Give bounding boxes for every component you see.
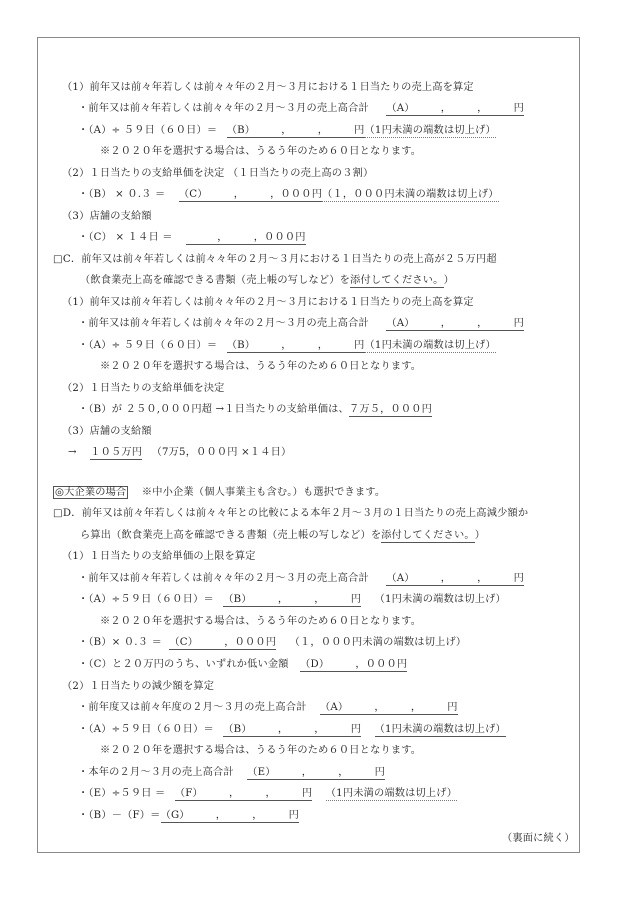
- row-label: ・（B）が ２５０,０００円超 →１日当たりの支給単価は、: [78, 404, 349, 415]
- large-company-row: ◎大企業の場合 ※中小企業（個人事業主も含む。）も選択できます。: [53, 486, 385, 500]
- row-label: ・前年度又は前々年度の２月～３月の売上高合計: [78, 702, 307, 713]
- section-title: （1）１日当たりの支給単価の上限を算定: [62, 550, 256, 564]
- sales-total-a-field[interactable]: （A） ， ， 円: [320, 701, 458, 715]
- unit-price-c-field[interactable]: （C） ， ，０００円: [179, 188, 322, 202]
- daily-sales-b-field[interactable]: （B） ， ， 円: [227, 124, 365, 138]
- row-label: ・（C）と２０万円のうち、いずれか低い金額: [78, 659, 289, 670]
- min-amount-d-field[interactable]: （D） ，０００円: [300, 658, 407, 672]
- row-label: ・（B）× ０.３ ＝: [78, 637, 162, 648]
- daily-sales-row: ・（A）÷５９日（６０日）＝ （B） ， ， 円 （1円未満の端数は切上げ）: [78, 593, 506, 607]
- section-title: （1）前年又は前々年若しくは前々々年の２月～３月における１日当たりの売上高を算定: [62, 296, 474, 310]
- row-label: ・前年又は前々年若しくは前々々年の２月～３月の売上高合計: [78, 318, 369, 329]
- leap-year-note: ※２０２０年を選択する場合は、うるう年のため６０日となります。: [100, 744, 421, 758]
- daily-sales-f-field[interactable]: （F） ， ， 円: [175, 787, 312, 801]
- store-payment-amount: １０５万円: [90, 446, 142, 460]
- decrease-g-field[interactable]: （G） ， ， 円: [161, 809, 299, 823]
- option-c-heading[interactable]: □C．前年又は前々年若しくは前々々年の２月～３月における１日当たりの売上高が２５…: [53, 253, 497, 267]
- row-label: ・前年又は前々年若しくは前々々年の２月～３月の売上高合計: [78, 103, 369, 114]
- row-label: ・（B） × ０.３ ＝: [78, 189, 165, 200]
- unit-price-row: ・（B） × ０.３ ＝ （C） ， ，０００円（１，０００円未満の端数は切上げ…: [78, 188, 499, 202]
- daily-sales-row: ・（A）÷５９日（６０日）＝ （B） ， ， 円 （1円未満の端数は切上げ）: [78, 723, 506, 737]
- daily-sales-b-field[interactable]: （B） ， ， 円: [223, 593, 361, 607]
- row-label: ・（A）÷５９日（６０日）＝: [78, 724, 214, 735]
- store-payment-row: → １０５万円 （7万5，０００円 ×１４日）: [68, 446, 291, 460]
- rounding-note: （1円未満の端数は切上げ）: [365, 124, 496, 138]
- row-label: ・本年の２月～３月の売上高合計: [78, 767, 234, 778]
- sales-total-row: ・前年又は前々年若しくは前々々年の２月～３月の売上高合計 （A） ， ， 円: [78, 102, 524, 116]
- unit-price-row: ・（B）が ２５０,０００円超 →１日当たりの支給単価は、７万５，０００円: [78, 403, 432, 417]
- row-label: ・（A）÷ ５９日（６０日）＝: [78, 340, 217, 351]
- option-c-checkbox-label: □C．前年又は前々年若しくは前々々年の２月～３月における１日当たりの売上高が２５…: [53, 254, 497, 265]
- attach-emphasis: 添付してください。: [350, 274, 444, 288]
- rounding-note: （1円未満の端数は切上げ）: [375, 723, 506, 737]
- sales-total-a-field[interactable]: （A） ， ， 円: [386, 102, 524, 116]
- section-title: （2）１日当たりの減少額を算定: [62, 680, 214, 694]
- large-company-label: ◎大企業の場合: [53, 486, 128, 499]
- sales-total-row: ・前年又は前々年若しくは前々々年の２月～３月の売上高合計 （A） ， ， 円: [78, 572, 524, 586]
- option-d-checkbox-label: □D．前年又は前々年若しくは前々々年との比較による本年２月～３月の１日当たりの売…: [53, 508, 528, 519]
- row-label: ・（A）÷ ５９日（６０日）＝: [78, 125, 217, 136]
- unit-price-row: ・（B）× ０.３ ＝ （C） ，０００円 （１，０００円未満の端数は切上げ）: [78, 636, 466, 650]
- rounding-note: （１，０００円未満の端数は切上げ）: [322, 188, 499, 202]
- leap-year-note: ※２０２０年を選択する場合は、うるう年のため６０日となります。: [100, 360, 421, 374]
- attach-instruction: ら算出（飲食業売上高を確認できる書類（売上帳の写しなど）を添付してください。）: [80, 529, 485, 543]
- row-label: ・（C） × １４日 ＝: [78, 232, 173, 243]
- section-title: （2）１日当たりの支給単価を決定 （１日当たりの売上高の３割）: [62, 167, 373, 181]
- store-payment-field[interactable]: ， ，０００円: [186, 231, 306, 245]
- unit-price-value: ７万５，０００円: [349, 403, 432, 417]
- rounding-note: （１，０００円未満の端数は切上げ）: [290, 637, 467, 648]
- daily-sales-b-field[interactable]: （B） ， ， 円: [223, 723, 361, 737]
- leap-year-note: ※２０２０年を選択する場合は、うるう年のため６０日となります。: [100, 615, 421, 629]
- arrow-icon: →: [68, 447, 77, 458]
- row-label: ・前年又は前々年若しくは前々々年の２月～３月の売上高合計: [78, 573, 369, 584]
- decrease-row: ・（B）－（F）＝（G） ， ， 円: [78, 809, 299, 823]
- sme-note: ※中小企業（個人事業主も含む。）も選択できます。: [142, 487, 385, 498]
- leap-year-note: ※２０２０年を選択する場合は、うるう年のため６０日となります。: [100, 145, 421, 159]
- section-title: （3）店舗の支給額: [62, 425, 152, 439]
- attach-emphasis: 添付してください。: [381, 529, 475, 543]
- unit-price-c-field[interactable]: （C） ，０００円: [169, 636, 276, 650]
- continued-note: （裏面に続く）: [502, 832, 575, 846]
- store-payment-row: ・（C） × １４日 ＝ ， ，０００円: [78, 231, 306, 245]
- section-title: （3）店舗の支給額: [62, 210, 152, 224]
- rounding-note: （1円未満の端数は切上げ）: [326, 787, 457, 801]
- current-sales-total-row: ・本年の２月～３月の売上高合計 （E） ， ， 円: [78, 766, 385, 780]
- row-label: ・（E）÷５９日 ＝: [78, 788, 165, 799]
- row-label: ・（A）÷５９日（６０日）＝: [78, 594, 214, 605]
- sales-total-row: ・前年又は前々年若しくは前々々年の２月～３月の売上高合計 （A） ， ， 円: [78, 317, 524, 331]
- daily-sales-b-field[interactable]: （B） ， ， 円: [227, 339, 365, 353]
- daily-sales-row: ・（A）÷ ５９日（６０日）＝ （B） ， ， 円（1円未満の端数は切上げ）: [78, 339, 496, 353]
- rounding-note: （1円未満の端数は切上げ）: [375, 594, 506, 605]
- rounding-note: （1円未満の端数は切上げ）: [365, 339, 496, 353]
- min-amount-row: ・（C）と２０万円のうち、いずれか低い金額 （D） ，０００円: [78, 658, 407, 672]
- daily-sales-row: ・（A）÷ ５９日（６０日）＝ （B） ， ， 円（1円未満の端数は切上げ）: [78, 124, 496, 138]
- row-label: ・（B）－（F）＝: [78, 810, 161, 821]
- prev-sales-total-row: ・前年度又は前々年度の２月～３月の売上高合計 （A） ， ， 円: [78, 701, 458, 715]
- option-d-heading[interactable]: □D．前年又は前々年若しくは前々々年との比較による本年２月～３月の１日当たりの売…: [53, 507, 528, 521]
- section-title: （1）前年又は前々年若しくは前々々年の２月～３月における１日当たりの売上高を算定: [62, 81, 474, 95]
- sales-total-a-field[interactable]: （A） ， ， 円: [386, 317, 524, 331]
- section-title: （2）１日当たりの支給単価を決定: [62, 382, 225, 396]
- sales-total-e-field[interactable]: （E） ， ， 円: [247, 766, 385, 780]
- attach-instruction: （飲食業売上高を確認できる書類（売上帳の写しなど）を添付してください。）: [80, 274, 454, 288]
- sales-total-a-field[interactable]: （A） ， ， 円: [386, 572, 524, 586]
- payment-formula: （7万5，０００円 ×１４日）: [152, 447, 292, 458]
- current-daily-sales-row: ・（E）÷５９日 ＝ （F） ， ， 円 （1円未満の端数は切上げ）: [78, 787, 457, 801]
